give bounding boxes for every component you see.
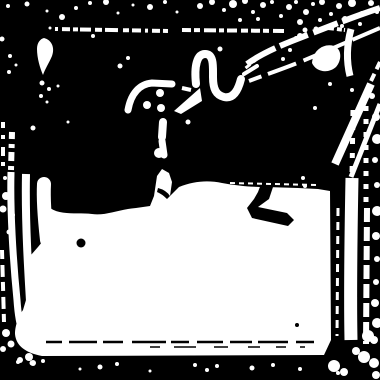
- bottom-right-corner-blobs-dot: [369, 358, 379, 368]
- upper-right-leaf-highlight: [347, 29, 351, 76]
- left-edge-highlights-2: [2, 250, 4, 322]
- top-noise-specks-dot: [319, 0, 325, 5]
- right-wall-outer-line: [366, 208, 367, 344]
- top-noise-specks-dot: [256, 17, 260, 21]
- top-noise-specks-dot: [336, 3, 342, 9]
- top-noise-specks-dot: [176, 11, 179, 14]
- top-left-specks-dot: [57, 85, 60, 88]
- bottom-right-corner-blobs-dot: [358, 351, 370, 363]
- bottom-right-corner-blobs-dot: [340, 368, 348, 376]
- top-left-blob: [37, 38, 53, 75]
- reflection-dots-dot: [303, 184, 307, 188]
- top-noise-specks-dot: [297, 19, 303, 25]
- top-left-specks-dot: [40, 81, 45, 86]
- top-noise-specks-dot: [197, 3, 203, 9]
- surface-dark-specks-dot: [77, 239, 86, 248]
- right-wall-stripe-main: [351, 178, 352, 340]
- right-edge-blobs-dot: [373, 279, 379, 285]
- bottom-band-specks-dot: [79, 368, 82, 371]
- rim-etched-mark: [328, 28, 345, 30]
- top-noise-specks-dot: [286, 4, 292, 10]
- reflection-dots-dot: [143, 101, 151, 109]
- left-wall-stripe-1: [11, 172, 23, 334]
- upper-right-blob: [312, 45, 340, 71]
- top-noise-specks-dot: [368, 0, 374, 6]
- right-edge-blobs-dot: [372, 157, 378, 163]
- top-left-specks: [0, 27, 130, 124]
- top-noise-specks-dot: [375, 10, 379, 14]
- top-noise-specks-dot: [229, 0, 237, 8]
- top-left-specks-dot: [15, 64, 18, 67]
- bottom-band-specks-dot: [271, 363, 275, 367]
- bottom-right-corner-blobs-dot: [328, 360, 340, 372]
- upper-right-specks-dot: [358, 22, 362, 26]
- right-edge-blobs-dot: [371, 299, 379, 307]
- bottom-band-specks-dot: [115, 362, 119, 366]
- top-noise-specks-dot: [88, 1, 92, 5]
- left-edge-blobs-dot: [7, 230, 12, 235]
- top-noise-specks-dot: [303, 9, 309, 15]
- right-edge-blobs-dot: [372, 318, 380, 328]
- rim-etched-line-left: [55, 29, 168, 31]
- top-left-specks-dot: [126, 56, 130, 60]
- left-edge-blobs-dot: [0, 206, 7, 213]
- top-noise-specks-dot: [6, 4, 10, 8]
- bottom-band-specks: [16, 359, 340, 375]
- bottom-band-specks-dot: [336, 371, 340, 375]
- top-noise-specks-dot: [260, 2, 266, 8]
- reflection-dots-dot: [157, 104, 165, 112]
- arc-reflection-dash: [182, 88, 191, 90]
- right-edge-blobs-dot: [372, 232, 380, 240]
- top-left-specks-dot: [0, 37, 5, 42]
- top-left-specks-dot: [49, 27, 52, 30]
- top-noise-specks-dot: [222, 8, 226, 12]
- scene-svg: [0, 0, 380, 380]
- left-wall-stripe-3: [44, 184, 47, 240]
- top-left-specks-dot: [91, 34, 95, 38]
- reflection-dots-dot: [301, 176, 305, 180]
- bottom-band-specks-dot: [193, 363, 197, 367]
- reflection-dots-dot: [186, 120, 191, 125]
- top-noise-specks-dot: [132, 4, 135, 7]
- surface-dark-specks-dot: [295, 323, 299, 327]
- left-edge-blobs-dot: [31, 126, 36, 131]
- bottom-band-specks-dot: [149, 370, 152, 373]
- top-noise-specks-dot: [147, 4, 153, 10]
- top-noise-specks-dot: [163, 0, 167, 4]
- screenshot-root: [0, 0, 380, 380]
- right-edge-blobs-dot: [372, 134, 380, 144]
- top-noise-specks-dot: [242, 0, 248, 4]
- top-noise-specks-dot: [294, 0, 298, 4]
- top-noise-specks-dot: [329, 12, 333, 16]
- left-edge-blobs-dot: [2, 192, 10, 200]
- top-noise-specks-dot: [209, 0, 215, 5]
- top-noise-specks-dot: [46, 10, 49, 13]
- top-noise-specks-dot: [238, 18, 242, 22]
- reflection-dots-dot: [156, 89, 164, 97]
- wire-hook: [195, 54, 241, 97]
- drip-stem: [162, 122, 163, 137]
- bottom-right-corner-blobs-dot: [362, 330, 374, 342]
- top-noise-specks-dot: [359, 11, 365, 17]
- bottom-band-specks-dot: [205, 368, 209, 372]
- bottom-left-corner-blobs-dot: [0, 346, 6, 352]
- top-left-specks-dot: [39, 94, 43, 98]
- top-noise-specks-dot: [25, 2, 30, 7]
- left-edge-blobs-dot: [11, 241, 15, 245]
- reflection-dots: [143, 47, 317, 189]
- left-edge-blobs-dot: [3, 176, 7, 180]
- bottom-right-corner-blobs-dot: [352, 347, 360, 355]
- bottom-left-corner-blobs-dot: [8, 341, 15, 348]
- top-noise-specks-dot: [294, 36, 298, 40]
- upper-right-specks-dot: [350, 88, 354, 92]
- top-left-specks-dot: [67, 121, 70, 124]
- upper-right-specks-dot: [288, 48, 292, 52]
- right-edge-blobs-dot: [374, 182, 380, 188]
- liquid-surface: [15, 169, 331, 356]
- top-noise-specks-dot: [348, 0, 356, 7]
- bottom-band-specks-dot: [298, 367, 302, 371]
- top-noise-specks-dot: [311, 2, 315, 6]
- reflection-dots-dot: [218, 47, 223, 52]
- top-noise-specks-dot: [318, 18, 322, 22]
- right-edge-blobs-dot: [374, 256, 380, 262]
- rim-etched-line-right: [182, 30, 284, 31]
- drip-stem-2: [162, 141, 164, 155]
- upper-right-specks-dot: [342, 16, 348, 22]
- bottom-right-corner-blobs-dot: [372, 371, 380, 379]
- left-wall-stripe-1-top: [11, 132, 12, 170]
- top-left-specks-dot: [8, 54, 12, 58]
- top-noise-specks-dot: [340, 24, 344, 28]
- top-left-specks-dot: [118, 64, 123, 69]
- top-noise-specks-dot: [279, 14, 283, 18]
- left-wall-stripe-2: [26, 174, 32, 334]
- top-noise-specks-dot: [74, 6, 78, 10]
- top-noise-specks-dot: [103, 0, 109, 5]
- wire-hook-reflection: [174, 88, 202, 114]
- bottom-band-specks-dot: [98, 365, 103, 370]
- bottom-band-specks-dot: [215, 364, 219, 368]
- reflection-dots-dot: [313, 106, 317, 110]
- bottom-band-specks-dot: [250, 366, 255, 371]
- top-left-specks-dot: [7, 70, 11, 74]
- upper-right-specks-dot: [314, 27, 319, 32]
- top-left-specks-dot: [46, 101, 49, 104]
- top-noise-specks-dot: [251, 10, 255, 14]
- left-edge-blobs-dot: [8, 201, 14, 207]
- bottom-left-corner-blobs-dot: [25, 353, 33, 361]
- top-noise-specks: [6, 0, 379, 40]
- top-left-specks-dot: [47, 87, 51, 91]
- upper-right-specks-dot: [281, 57, 285, 61]
- bottom-left-corner-blobs-dot: [30, 360, 36, 366]
- bottom-left-corner-blobs-dot: [17, 357, 23, 363]
- top-noise-specks-dot: [117, 12, 120, 15]
- top-noise-specks-dot: [59, 14, 65, 20]
- upper-right-specks-dot: [328, 82, 332, 86]
- left-edge-blobs-dot: [11, 213, 15, 217]
- top-noise-specks-dot: [270, 0, 274, 4]
- right-wall-thin-line: [337, 208, 338, 336]
- bottom-band-specks-dot: [41, 359, 45, 363]
- left-edge-blobs-dot: [8, 186, 13, 191]
- right-edge-blobs-dot: [372, 206, 380, 216]
- top-noise-specks-dot: [303, 28, 308, 33]
- bottom-left-corner-blobs-dot: [2, 329, 10, 337]
